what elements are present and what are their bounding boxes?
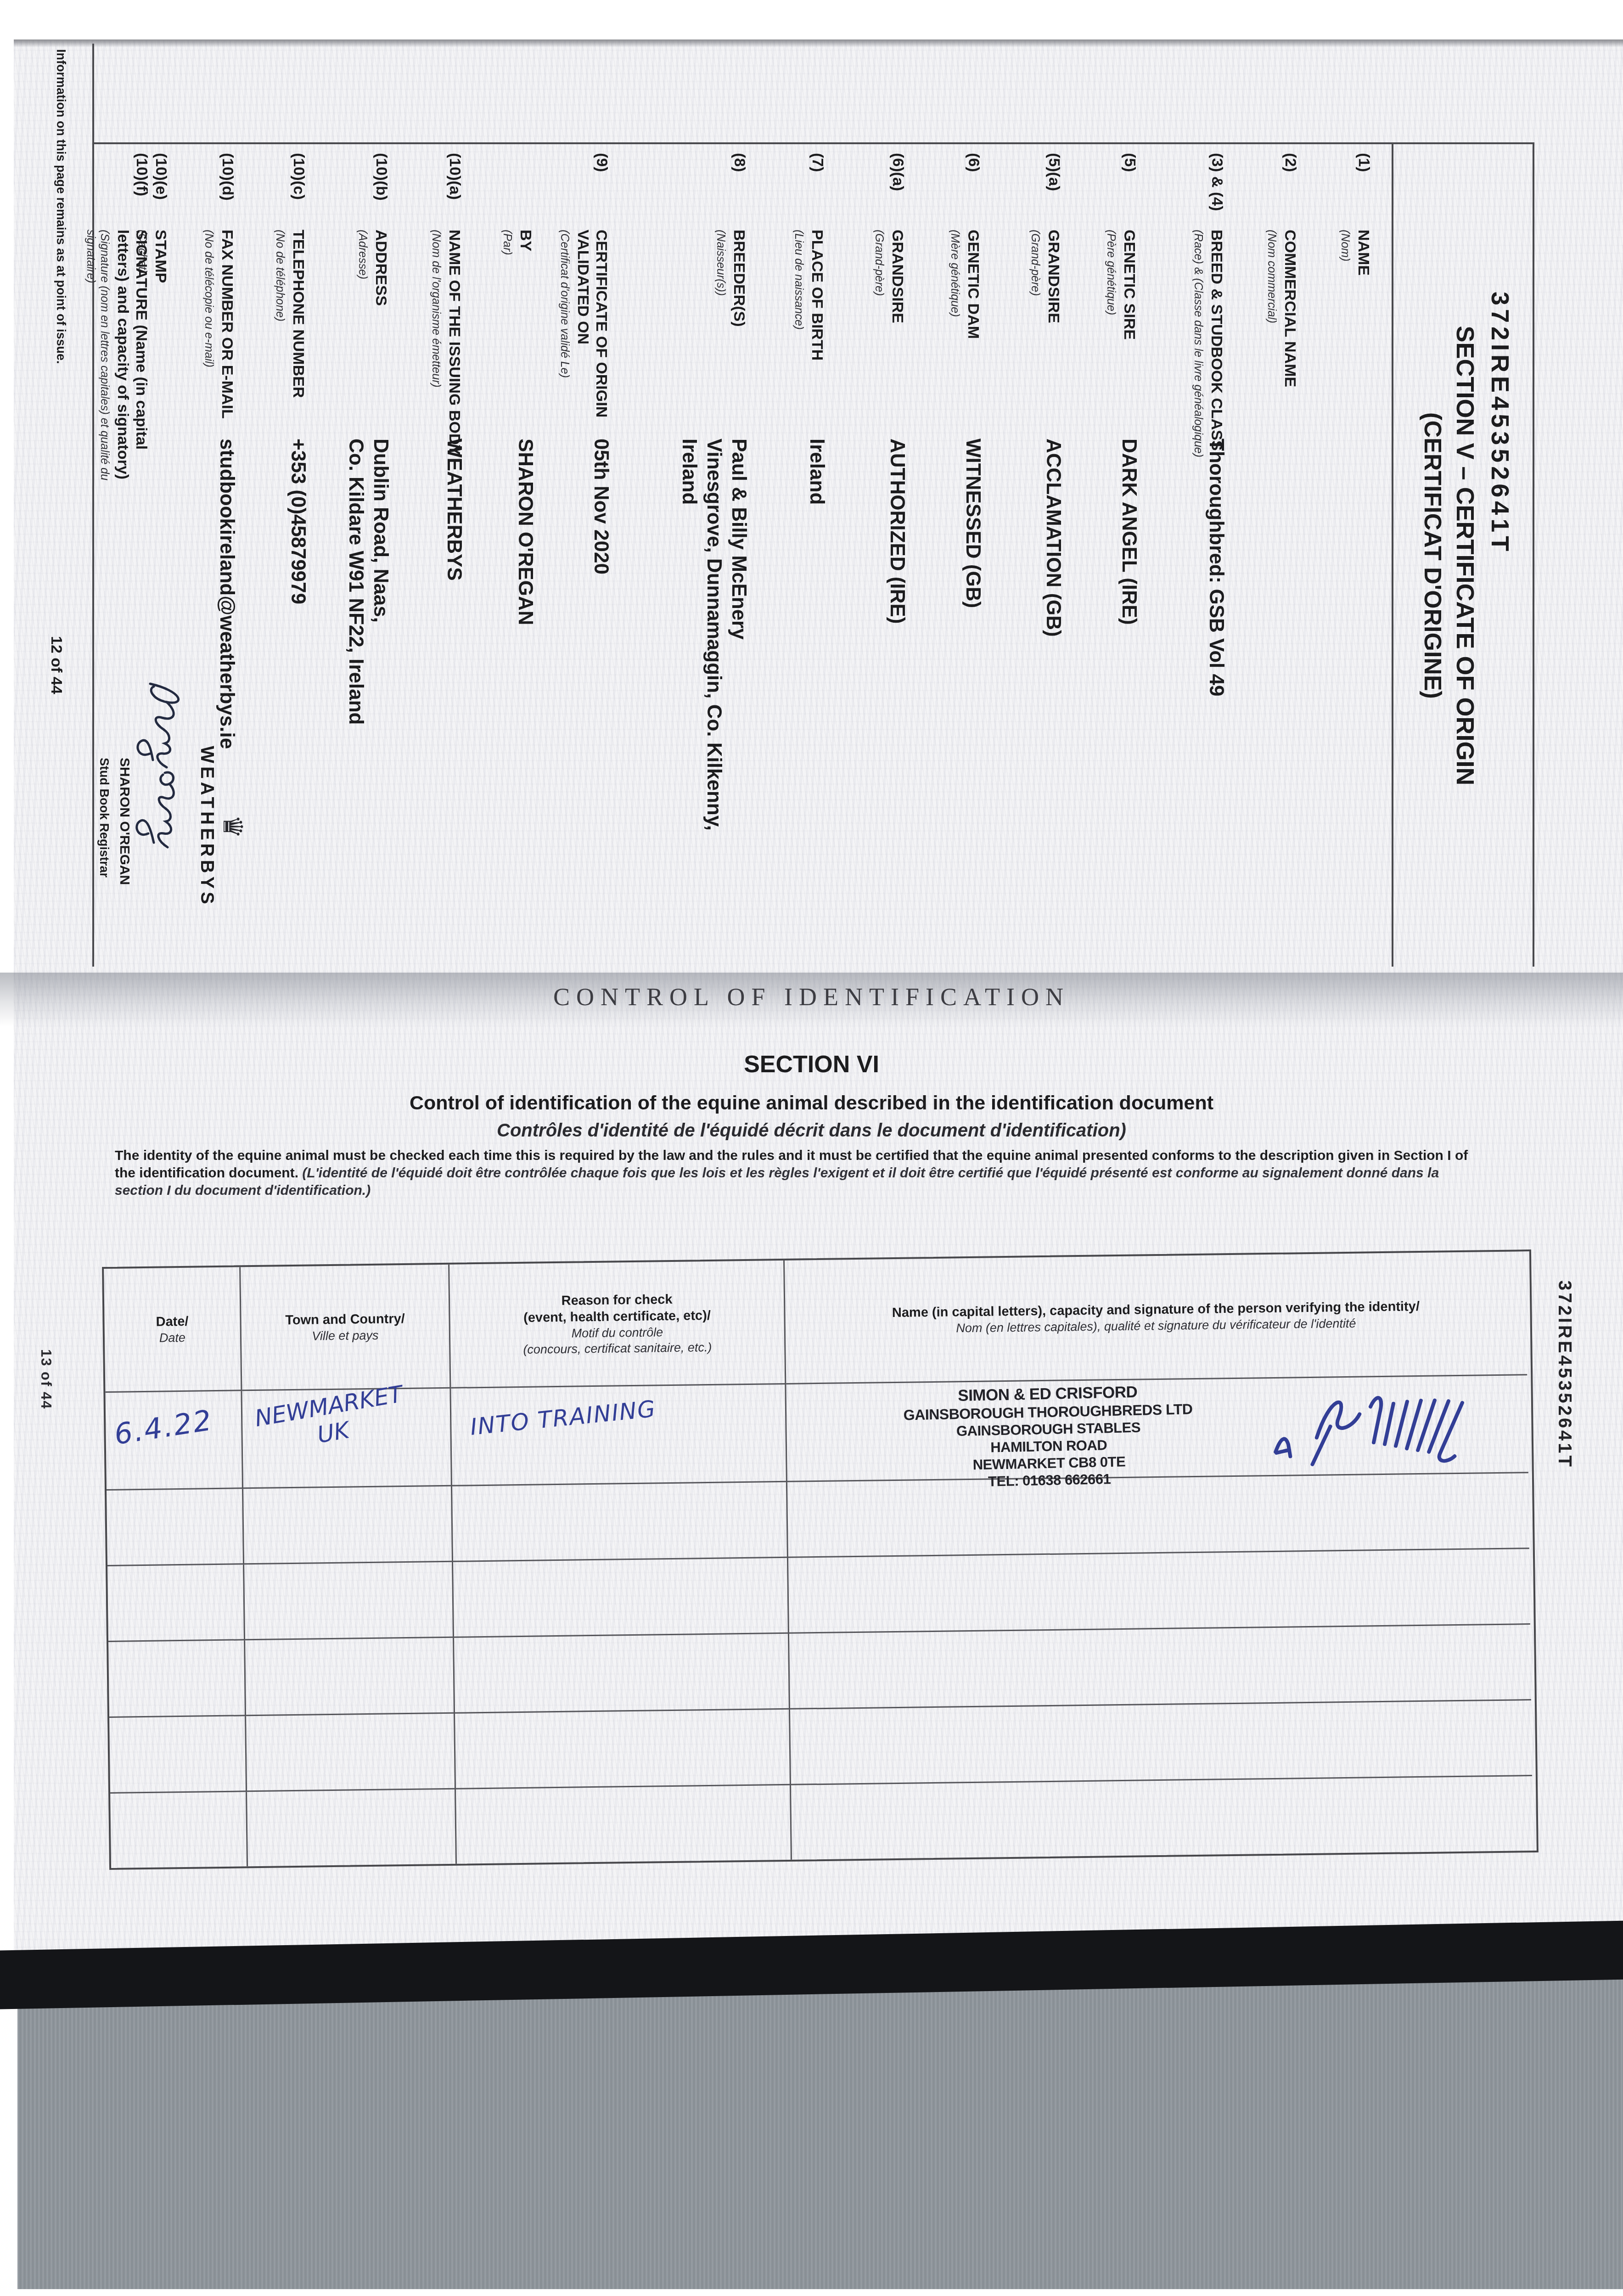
empty-cell <box>453 1558 789 1638</box>
empty-cell <box>243 1486 453 1565</box>
field-number: (10)(b) <box>372 153 390 201</box>
header-reason-fr: Motif du contrôle (concours, certificat … <box>523 1323 712 1357</box>
empty-cell <box>109 1716 247 1794</box>
handwritten-date: 6.4.22 <box>112 1403 215 1452</box>
empty-cell <box>244 1562 454 1641</box>
issuer-stamp-text: WEATHERBYS <box>197 696 217 957</box>
field-row: (6)(a)GRANDSIRE(Grand-père)AUTHORIZED (I… <box>902 44 907 967</box>
field-row: (5)(a)GRANDSIRE(Grand-père)ACCLAMATION (… <box>1058 44 1063 967</box>
header-date-en: Date/ <box>156 1313 188 1330</box>
field-number: (10)(e) <box>152 153 170 200</box>
table-header-date: Date/ Date <box>104 1267 242 1393</box>
field-number: (6)(a) <box>889 153 907 191</box>
field-number: (9) <box>593 153 611 172</box>
section-v-page: 372IRE45352641T SECTION V – CERTIFICATE … <box>18 44 1556 967</box>
control-of-identification-banner: CONTROL OF IDENTIFICATION <box>0 983 1623 1011</box>
empty-rows-container <box>107 1473 1537 1868</box>
field-value: Ireland <box>804 439 829 967</box>
certificate-number: 372IRE45352641T <box>1486 292 1514 555</box>
header-rule <box>1392 142 1393 967</box>
empty-cell <box>788 1549 1530 1634</box>
field-number: (10)(d) <box>219 153 236 201</box>
issuer-stamp: ♛ WEATHERBYS <box>197 696 246 957</box>
field-label: SIGNATURE (Name (in capital letters) and… <box>114 230 151 505</box>
field-number: (3) & (4) <box>1208 153 1226 211</box>
header-reason-en: Reason for check (event, health certific… <box>523 1290 711 1326</box>
field-number: (10)(f) <box>133 153 151 196</box>
field-sublabel: (Grand-père) <box>872 230 886 505</box>
field-sublabel: (No de téléphone) <box>273 230 287 505</box>
entry-reason-cell: INTO TRAINING <box>451 1384 787 1486</box>
weatherbys-crown-icon: ♛ <box>219 696 246 957</box>
handwritten-reason: INTO TRAINING <box>469 1396 657 1441</box>
empty-cell <box>246 1714 456 1792</box>
header-town-fr: Ville et pays <box>312 1327 378 1344</box>
section-v-title: SECTION V – CERTIFICATE OF ORIGIN <box>1451 145 1479 967</box>
field-value: WEATHERBYS <box>442 439 466 967</box>
field-number: (7) <box>809 153 826 172</box>
handwritten-town: NEWMARKET UK <box>253 1380 409 1458</box>
header-town-en: Town and Country/ <box>285 1311 405 1328</box>
empty-cell <box>245 1638 455 1716</box>
field-sublabel: (Père génétique) <box>1104 230 1118 505</box>
field-number: (2) <box>1281 153 1299 172</box>
field-value: WITNESSED (GB) <box>960 439 985 967</box>
field-row: (3) & (4)BREED & STUDBOOK CLASS(Race) & … <box>1221 44 1226 967</box>
registrar-capacity: Stud Book Registrar <box>97 758 111 878</box>
field-sublabel: (Mère génétique) <box>948 230 962 505</box>
field-row: (6)GENETIC DAM(Mère génétique)WITNESSED … <box>978 44 983 967</box>
table-header-row: Date/ Date Town and Country/ Ville et pa… <box>104 1251 1531 1393</box>
section-vi-body: The identity of the equine animal must b… <box>115 1147 1483 1199</box>
field-number: (10)(c) <box>290 153 308 200</box>
field-value: Dublin Road, Naas, Co. Kildare W91 NF22,… <box>343 439 393 967</box>
page-border-bottom <box>92 44 94 967</box>
field-number: (6) <box>965 153 983 172</box>
field-label: COMMERCIAL NAME <box>1281 230 1299 505</box>
field-value: DARK ANGEL (IRE) <box>1117 439 1141 967</box>
verifier-signature <box>1261 1380 1500 1470</box>
empty-cell <box>456 1785 792 1864</box>
table-header-town: Town and Country/ Ville et pays <box>241 1265 451 1391</box>
field-number: (8) <box>730 153 748 172</box>
field-value: +353 (0)45879979 <box>286 439 310 967</box>
edge-note: Information on this page remains as at p… <box>54 49 68 536</box>
field-row: (2)COMMERCIAL NAME(Nom commercial) <box>1295 44 1299 967</box>
field-sublabel: (Nom) <box>1338 230 1352 505</box>
section-v-rotated-page: 372IRE45352641T SECTION V – CERTIFICATE … <box>18 44 1556 967</box>
field-value: AUTHORIZED (IRE) <box>885 439 910 967</box>
empty-cell <box>455 1710 791 1790</box>
field-label: STAMP <box>152 230 170 505</box>
field-row: (5)GENETIC SIRE(Père génétique)DARK ANGE… <box>1134 44 1139 967</box>
section-vi-subtitle-fr: Contrôles d'identité de l'équidé décrit … <box>0 1120 1623 1141</box>
field-sublabel: (Grand-père) <box>1028 230 1042 505</box>
field-value: ACCLAMATION (GB) <box>1041 439 1066 967</box>
control-table: Date/ Date Town and Country/ Ville et pa… <box>102 1249 1539 1870</box>
scanner-background <box>17 1975 1623 2289</box>
entry-verifier-cell: SIMON & ED CRISFORDGAINSBOROUGH THOROUGH… <box>786 1375 1528 1482</box>
section-vi-heading: SECTION VI <box>0 1051 1623 1078</box>
registrar-name: SHARON O'REGAN <box>117 758 132 885</box>
page-border-left <box>93 142 1534 144</box>
field-sublabel: (Nom de l'organisme émetteur) <box>429 230 443 505</box>
field-row: (9)CERTIFICATE OF ORIGIN VALIDATED ON(Ce… <box>606 44 611 967</box>
field-row: (10)(c)TELEPHONE NUMBER(No de téléphone)… <box>303 44 308 967</box>
field-label-group: SIGNATURE (Name (in capital letters) and… <box>84 230 151 505</box>
field-sublabel: (Lieu de naissance) <box>792 230 806 505</box>
empty-cell <box>452 1482 788 1562</box>
empty-cell <box>108 1640 246 1718</box>
section-v-title-fr: (CERTIFICAT D'ORIGINE) <box>1419 145 1446 967</box>
field-number: (5)(a) <box>1045 153 1063 191</box>
registrar-signature-script <box>133 677 191 879</box>
side-certificate-number: 372IRE45352641T <box>1554 1280 1575 1469</box>
page-number-bottom-section: 13 of 44 <box>38 1349 54 1409</box>
empty-cell <box>789 1625 1531 1710</box>
field-value: 05th Nov 2020 <box>589 439 613 967</box>
page-number-top-section: 12 of 44 <box>47 636 65 694</box>
table-entry-row: 6.4.22 NEWMARKET UK INTO TRAINING SIMON … <box>105 1375 1532 1491</box>
field-label: NAME <box>1354 230 1373 505</box>
body-text-fr: (L'identité de l'équidé doit être contrô… <box>115 1165 1439 1198</box>
field-label-group: COMMERCIAL NAME(Nom commercial) <box>1265 230 1299 505</box>
empty-cell <box>454 1634 790 1714</box>
entry-date-cell: 6.4.22 <box>105 1391 243 1491</box>
empty-cell <box>791 1776 1533 1860</box>
table-header-reason: Reason for check (event, health certific… <box>449 1261 786 1389</box>
field-sublabel: (Par) <box>500 230 514 505</box>
field-value: Paul & Billy McEnery Vinesgrove, Dunnama… <box>677 439 751 967</box>
empty-cell <box>110 1792 248 1868</box>
field-row: (1)NAME(Nom) <box>1368 44 1373 967</box>
section-vi-subtitle-en: Control of identification of the equine … <box>0 1092 1623 1114</box>
empty-cell <box>787 1473 1529 1558</box>
field-row: (8)BREEDER(S)(Naisseur(s))Paul & Billy M… <box>744 44 748 967</box>
field-number: (5) <box>1121 153 1139 172</box>
field-row: (10)(b)ADDRESS(Adresse)Dublin Road, Naas… <box>386 44 390 967</box>
field-sublabel: (No de télécopie ou e-mail) <box>202 230 216 505</box>
field-sublabel: (Nom commercial) <box>1265 230 1279 505</box>
empty-cell <box>107 1489 244 1566</box>
field-row: (10)(a)NAME OF THE ISSUING BODY(Nom de l… <box>459 44 464 967</box>
field-row: (7)PLACE OF BIRTH(Lieu de naissance)Irel… <box>822 44 826 967</box>
table-header-verifier: Name (in capital letters), capacity and … <box>785 1251 1527 1384</box>
field-value: Thoroughbred: GSB Vol 49 <box>1204 439 1229 967</box>
field-sublabel: (Race) & (Classe dans le livre généalogi… <box>1191 230 1205 505</box>
header-date-fr: Date <box>159 1329 185 1345</box>
field-label-group: NAME(Nom) <box>1338 230 1373 505</box>
field-number: (1) <box>1355 153 1373 172</box>
entry-town-cell: NEWMARKET UK <box>242 1389 452 1489</box>
field-number: (10)(a) <box>446 153 464 200</box>
verifier-stamp: SIMON & ED CRISFORDGAINSBOROUGH THOROUGH… <box>841 1381 1257 1493</box>
field-sublabel: (Certificat d'origine validé Le) <box>558 230 572 505</box>
empty-cell <box>247 1790 457 1867</box>
field-value: SHARON O'REGAN <box>513 439 538 967</box>
page-border-top <box>1533 142 1534 967</box>
field-sublabel: (Signature (nom en lettres capitales) et… <box>84 230 112 505</box>
empty-cell <box>107 1564 245 1642</box>
empty-cell <box>790 1700 1532 1785</box>
field-row: BY(Par)SHARON O'REGAN <box>530 44 535 967</box>
